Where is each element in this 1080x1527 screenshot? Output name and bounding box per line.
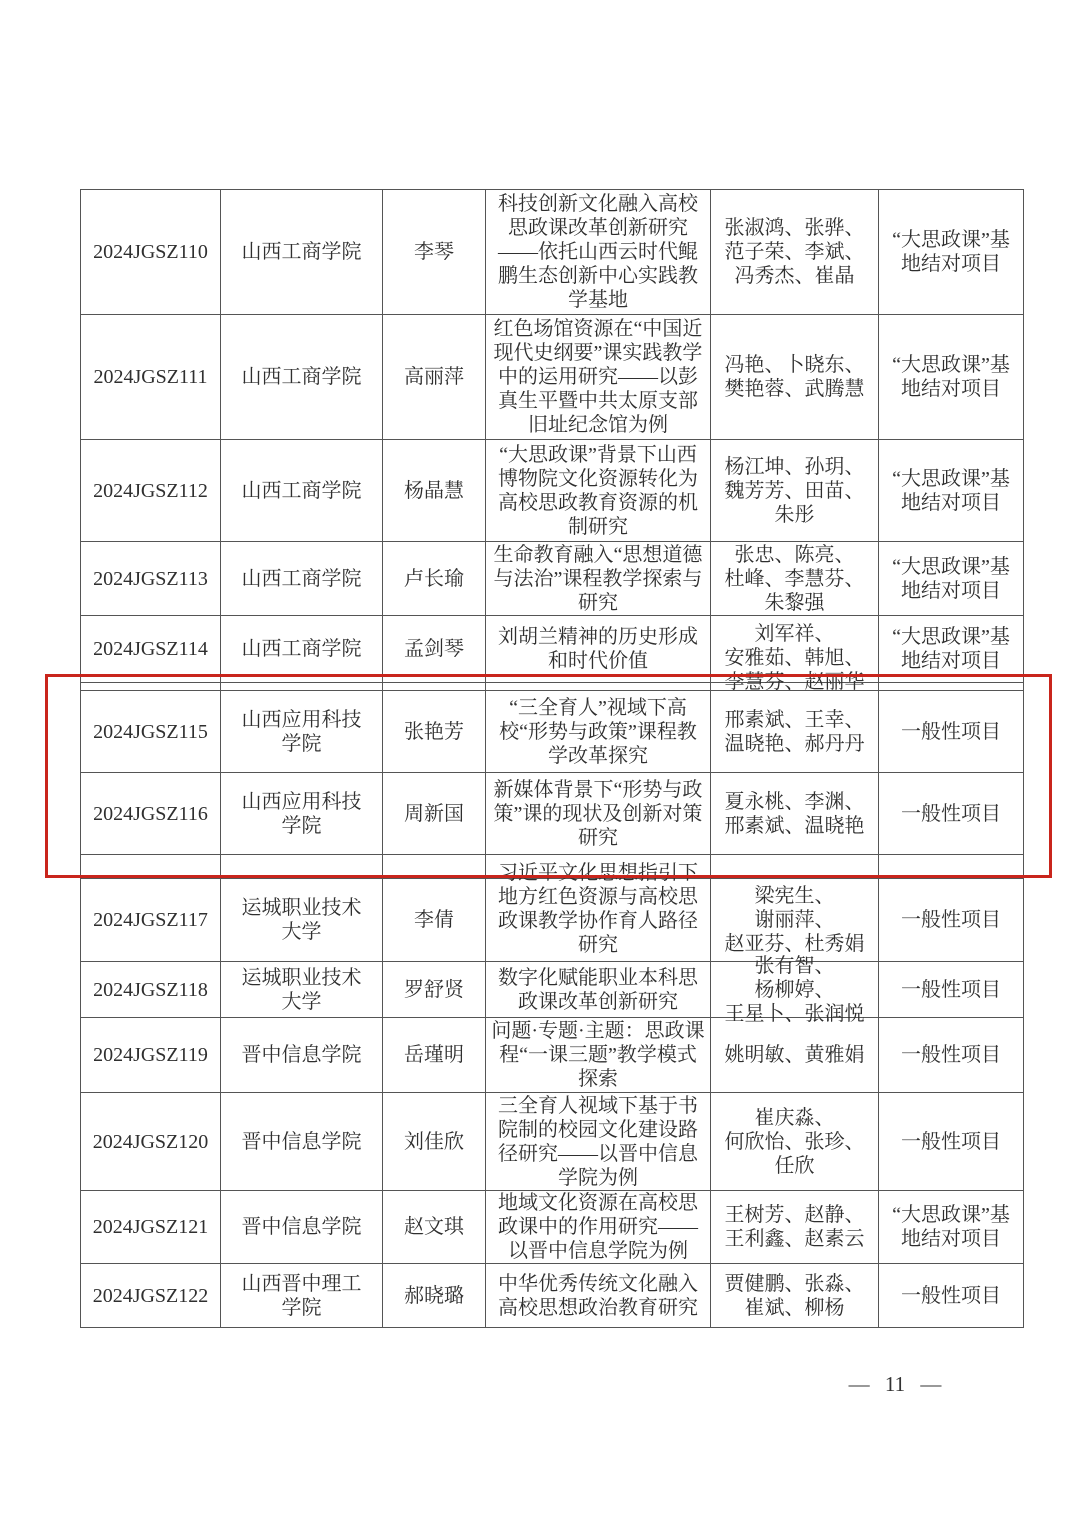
member-name: 孙玥、 <box>805 455 865 479</box>
type-cell: “大思政课”基地结对项目 <box>879 315 1024 440</box>
table-row: 2024JGSZ113山西工商学院卢长瑜生命教育融入“思想道德与法治”课程教学探… <box>81 542 1024 616</box>
leader-cell: 李琴 <box>383 190 486 315</box>
id-cell: 2024JGSZ117 <box>81 879 221 962</box>
title-cell: 问题·专题·主题：思政课程“一课三题”教学模式探索 <box>486 1018 711 1093</box>
member-name: 李慧芬、 <box>785 567 865 591</box>
document-page: 2024JGSZ110山西工商学院李琴科技创新文化融入高校思政课改革创新研究——… <box>0 0 1080 1527</box>
title-cell: 数字化赋能职业本科思政课改革创新研究 <box>486 962 711 1018</box>
id-cell: 2024JGSZ121 <box>81 1191 221 1264</box>
title-cell: “三全育人”视域下高校“形势与政策”课程教学改革探究 <box>486 691 711 773</box>
member-name: 朱彤 <box>775 503 815 527</box>
member-name: 张忠、 <box>735 543 795 567</box>
leader-cell: 孟剑琴 <box>383 616 486 683</box>
member-name: 赵素云 <box>805 1227 865 1251</box>
members-cell: 梁宪生、谢丽萍、赵亚芬、杜秀娟 <box>711 879 879 962</box>
member-name: 张润悦 <box>805 1002 865 1026</box>
member-name: 贾健鹏、 <box>725 1272 805 1296</box>
members-cell: 邢素斌、王幸、温晓艳、郝丹丹 <box>711 691 879 773</box>
institution-cell: 晋中信息学院 <box>221 1018 383 1093</box>
institution-cell: 山西工商学院 <box>221 440 383 542</box>
leader-cell: 郝晓璐 <box>383 1264 486 1328</box>
members-cell: 姚明敏、黄雅娟 <box>711 1018 879 1093</box>
member-name: 张有智、 <box>755 954 835 978</box>
projects-table-body: 2024JGSZ110山西工商学院李琴科技创新文化融入高校思政课改革创新研究——… <box>81 190 1024 1328</box>
member-name: 田苗、 <box>805 479 865 503</box>
member-name: 卜晓东、 <box>785 353 865 377</box>
table-row: 2024JGSZ117运城职业技术大学李倩习近平文化思想指引下地方红色资源与高校… <box>81 879 1024 962</box>
table-row: 2024JGSZ112山西工商学院杨晶慧“大思政课”背景下山西博物院文化资源转化… <box>81 440 1024 542</box>
id-cell: 2024JGSZ110 <box>81 190 221 315</box>
members-cell: 贾健鹏、张淼、崔斌、柳杨 <box>711 1264 879 1328</box>
member-name: 杜秀娟 <box>805 932 865 956</box>
member-name: 李渊、 <box>805 790 865 814</box>
member-name: 安雅茹、 <box>725 646 805 670</box>
member-name: 赵静、 <box>805 1203 865 1227</box>
member-name: 张骅、 <box>805 216 865 240</box>
members-cell: 张淑鸿、张骅、范子荣、李斌、冯秀杰、崔晶 <box>711 190 879 315</box>
member-name: 武腾慧 <box>805 377 865 401</box>
leader-cell: 周新国 <box>383 773 486 855</box>
type-cell: “大思政课”基地结对项目 <box>879 440 1024 542</box>
title-cell: 刘胡兰精神的历史形成和时代价值 <box>486 616 711 683</box>
table-row: 2024JGSZ121晋中信息学院赵文琪地域文化资源在高校思政课中的作用研究——… <box>81 1191 1024 1264</box>
member-name: 范子荣、 <box>725 240 805 264</box>
institution-cell: 山西工商学院 <box>221 542 383 616</box>
title-cell: 中华优秀传统文化融入高校思想政治教育研究 <box>486 1264 711 1328</box>
member-name: 姚明敏、 <box>725 1043 805 1067</box>
member-name: 赵丽华 <box>805 670 865 694</box>
leader-cell: 卢长瑜 <box>383 542 486 616</box>
leader-cell: 刘佳欣 <box>383 1093 486 1191</box>
member-name: 陈亮、 <box>795 543 855 567</box>
member-name: 李斌、 <box>805 240 865 264</box>
member-name: 韩旭、 <box>805 646 865 670</box>
leader-cell: 张艳芳 <box>383 691 486 773</box>
institution-cell: 山西应用科技学院 <box>221 773 383 855</box>
member-name: 谢丽萍、 <box>755 908 835 932</box>
table-row: 2024JGSZ122山西晋中理工学院郝晓璐中华优秀传统文化融入高校思想政治教育… <box>81 1264 1024 1328</box>
member-name: 柳杨 <box>805 1296 845 1320</box>
type-cell: “大思政课”基地结对项目 <box>879 190 1024 315</box>
institution-cell: 运城职业技术大学 <box>221 879 383 962</box>
type-cell: 一般性项目 <box>879 1264 1024 1328</box>
spacer-cell <box>221 855 383 879</box>
id-cell: 2024JGSZ119 <box>81 1018 221 1093</box>
member-name: 王树芳、 <box>725 1203 805 1227</box>
member-name: 朱黎强 <box>765 591 825 615</box>
spacer-cell <box>81 855 221 879</box>
member-name: 杨江坤、 <box>725 455 805 479</box>
leader-cell: 李倩 <box>383 879 486 962</box>
id-cell: 2024JGSZ111 <box>81 315 221 440</box>
member-name: 杨柳婷、 <box>755 978 835 1002</box>
member-name: 王利鑫、 <box>725 1227 805 1251</box>
member-name: 魏芳芳、 <box>725 479 805 503</box>
title-cell: 新媒体背景下“形势与政策”课的现状及创新对策研究 <box>486 773 711 855</box>
spacer-cell <box>221 683 383 691</box>
members-cell: 夏永桃、李渊、邢素斌、温晓艳 <box>711 773 879 855</box>
table-row: 2024JGSZ114山西工商学院孟剑琴刘胡兰精神的历史形成和时代价值刘军祥、安… <box>81 616 1024 683</box>
member-name: 杜峰、 <box>725 567 785 591</box>
id-cell: 2024JGSZ118 <box>81 962 221 1018</box>
table-row: 2024JGSZ118运城职业技术大学罗舒贤数字化赋能职业本科思政课改革创新研究… <box>81 962 1024 1018</box>
members-cell: 刘军祥、安雅茹、韩旭、李慧芬、赵丽华 <box>711 616 879 683</box>
title-cell: 三全育人视域下基于书院制的校园文化建设路径研究——以晋中信息学院为例 <box>486 1093 711 1191</box>
member-name: 冯艳、 <box>725 353 785 377</box>
projects-table: 2024JGSZ110山西工商学院李琴科技创新文化融入高校思政课改革创新研究——… <box>80 189 1024 1328</box>
type-cell: 一般性项目 <box>879 1093 1024 1191</box>
type-cell: 一般性项目 <box>879 773 1024 855</box>
spacer-cell <box>711 855 879 879</box>
type-cell: 一般性项目 <box>879 691 1024 773</box>
table-row: 2024JGSZ110山西工商学院李琴科技创新文化融入高校思政课改革创新研究——… <box>81 190 1024 315</box>
title-cell: 地域文化资源在高校思政课中的作用研究——以晋中信息学院为例 <box>486 1191 711 1264</box>
table-row: 2024JGSZ119晋中信息学院岳瑾明问题·专题·主题：思政课程“一课三题”教… <box>81 1018 1024 1093</box>
member-name: 张淑鸿、 <box>725 216 805 240</box>
member-name: 张淼、 <box>805 1272 865 1296</box>
members-cell: 王树芳、赵静、王利鑫、赵素云 <box>711 1191 879 1264</box>
id-cell: 2024JGSZ116 <box>81 773 221 855</box>
member-name: 崔庆淼、 <box>755 1106 835 1130</box>
title-cell: 科技创新文化融入高校思政课改革创新研究——依托山西云时代鲲鹏生态创新中心实践教学… <box>486 190 711 315</box>
type-cell: “大思政课”基地结对项目 <box>879 616 1024 683</box>
member-name: 邢素斌、 <box>725 814 805 838</box>
page-number: — 11 — <box>805 1372 985 1397</box>
member-name: 温晓艳、 <box>725 732 805 756</box>
member-name: 李慧芬、 <box>725 670 805 694</box>
title-cell: “大思政课”背景下山西博物院文化资源转化为高校思政教育资源的机制研究 <box>486 440 711 542</box>
type-cell: “大思政课”基地结对项目 <box>879 542 1024 616</box>
member-name: 赵亚芬、 <box>725 932 805 956</box>
spacer-row <box>81 683 1024 691</box>
spacer-cell <box>486 683 711 691</box>
member-name: 崔斌、 <box>745 1296 805 1320</box>
table-row: 2024JGSZ120晋中信息学院刘佳欣三全育人视域下基于书院制的校园文化建设路… <box>81 1093 1024 1191</box>
member-name: 王星卜、 <box>725 1002 805 1026</box>
leader-cell: 高丽萍 <box>383 315 486 440</box>
spacer-cell <box>879 855 1024 879</box>
member-name: 王幸、 <box>805 708 865 732</box>
institution-cell: 山西工商学院 <box>221 315 383 440</box>
institution-cell: 运城职业技术大学 <box>221 962 383 1018</box>
member-name: 何欣怡、 <box>725 1130 805 1154</box>
members-cell: 崔庆淼、何欣怡、张珍、任欣 <box>711 1093 879 1191</box>
title-cell: 习近平文化思想指引下地方红色资源与高校思政课教学协作育人路径研究 <box>486 879 711 962</box>
type-cell: “大思政课”基地结对项目 <box>879 1191 1024 1264</box>
institution-cell: 山西晋中理工学院 <box>221 1264 383 1328</box>
member-name: 刘军祥、 <box>755 622 835 646</box>
type-cell: 一般性项目 <box>879 962 1024 1018</box>
spacer-cell <box>879 683 1024 691</box>
member-name: 郝丹丹 <box>805 732 865 756</box>
leader-cell: 岳瑾明 <box>383 1018 486 1093</box>
member-name: 樊艳蓉、 <box>725 377 805 401</box>
member-name: 邢素斌、 <box>725 708 805 732</box>
type-cell: 一般性项目 <box>879 879 1024 962</box>
id-cell: 2024JGSZ113 <box>81 542 221 616</box>
member-name: 任欣 <box>775 1154 815 1178</box>
institution-cell: 山西工商学院 <box>221 190 383 315</box>
id-cell: 2024JGSZ115 <box>81 691 221 773</box>
member-name: 崔晶 <box>815 264 855 288</box>
member-name: 冯秀杰、 <box>735 264 815 288</box>
spacer-cell <box>383 683 486 691</box>
table-row: 2024JGSZ115山西应用科技学院张艳芳“三全育人”视域下高校“形势与政策”… <box>81 691 1024 773</box>
members-cell: 杨江坤、孙玥、魏芳芳、田苗、朱彤 <box>711 440 879 542</box>
id-cell: 2024JGSZ112 <box>81 440 221 542</box>
member-name: 黄雅娟 <box>805 1043 865 1067</box>
id-cell: 2024JGSZ120 <box>81 1093 221 1191</box>
members-cell: 张忠、陈亮、杜峰、李慧芬、朱黎强 <box>711 542 879 616</box>
institution-cell: 晋中信息学院 <box>221 1191 383 1264</box>
leader-cell: 杨晶慧 <box>383 440 486 542</box>
institution-cell: 晋中信息学院 <box>221 1093 383 1191</box>
table-row: 2024JGSZ116山西应用科技学院周新国新媒体背景下“形势与政策”课的现状及… <box>81 773 1024 855</box>
spacer-cell <box>81 683 221 691</box>
type-cell: 一般性项目 <box>879 1018 1024 1093</box>
spacer-cell <box>383 855 486 879</box>
title-cell: 生命教育融入“思想道德与法治”课程教学探索与研究 <box>486 542 711 616</box>
member-name: 温晓艳 <box>805 814 865 838</box>
member-name: 梁宪生、 <box>755 884 835 908</box>
members-cell: 冯艳、卜晓东、樊艳蓉、武腾慧 <box>711 315 879 440</box>
institution-cell: 山西工商学院 <box>221 616 383 683</box>
id-cell: 2024JGSZ114 <box>81 616 221 683</box>
leader-cell: 罗舒贤 <box>383 962 486 1018</box>
table-row: 2024JGSZ111山西工商学院高丽萍红色场馆资源在“中国近现代史纲要”课实践… <box>81 315 1024 440</box>
title-cell: 红色场馆资源在“中国近现代史纲要”课实践教学中的运用研究——以彭真生平暨中共太原… <box>486 315 711 440</box>
leader-cell: 赵文琪 <box>383 1191 486 1264</box>
member-name: 张珍、 <box>805 1130 865 1154</box>
member-name: 夏永桃、 <box>725 790 805 814</box>
id-cell: 2024JGSZ122 <box>81 1264 221 1328</box>
members-cell: 张有智、杨柳婷、王星卜、张润悦 <box>711 962 879 1018</box>
institution-cell: 山西应用科技学院 <box>221 691 383 773</box>
